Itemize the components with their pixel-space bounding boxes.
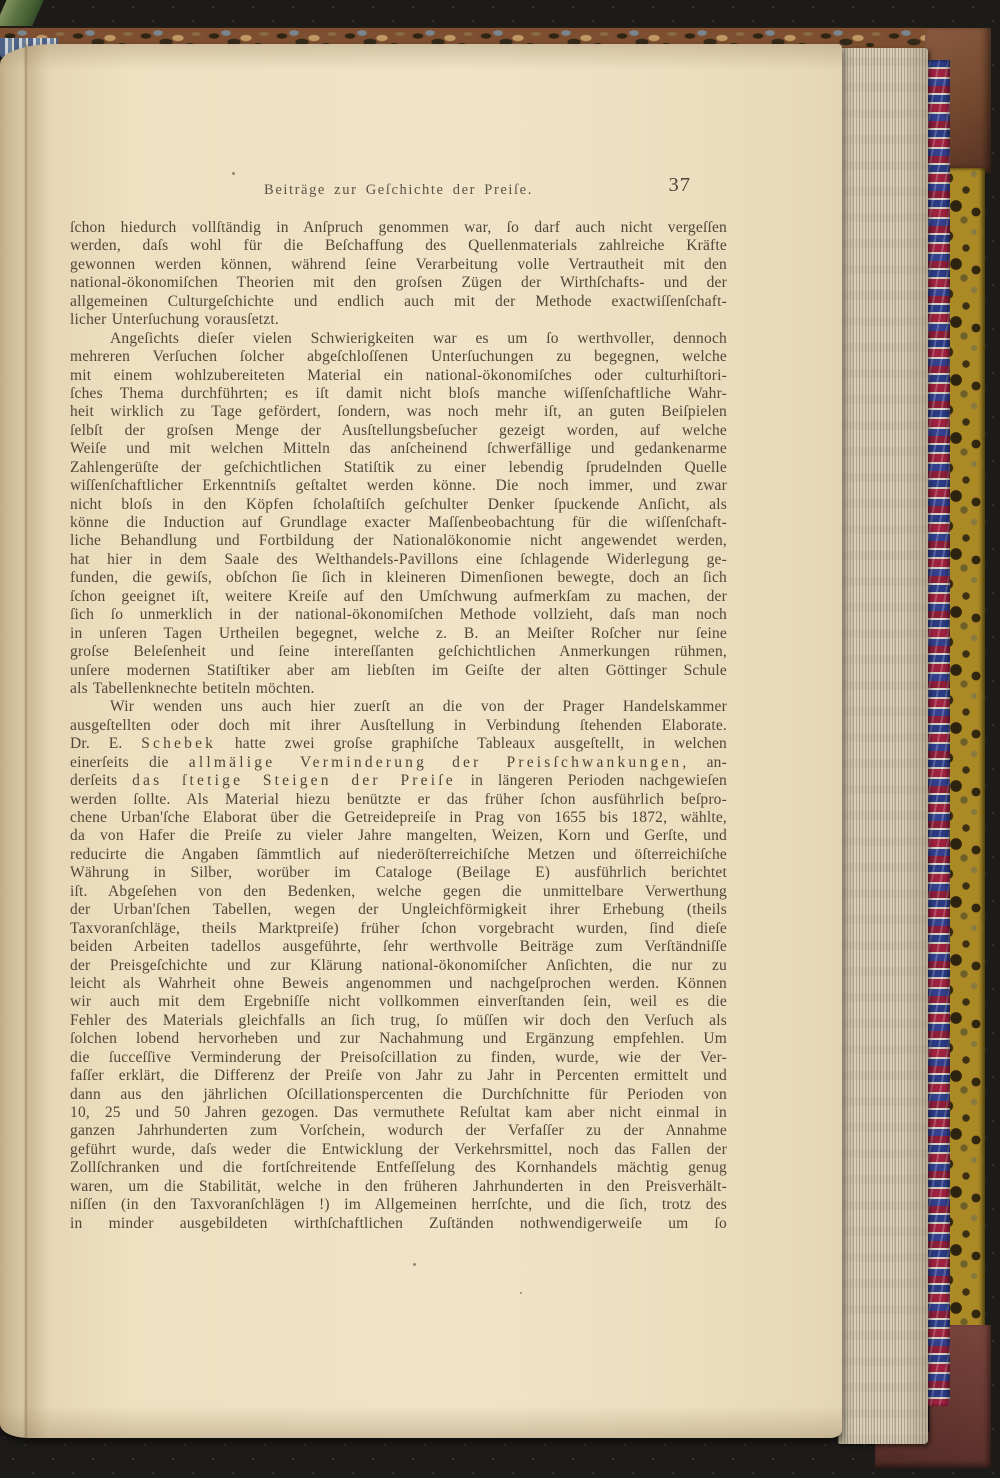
text-line: niſſen (in den Taxvoranſchlägen !) im Al… <box>70 1196 727 1214</box>
body-text: ſchon hiedurch vollſtändig in Anſpruch g… <box>70 219 727 1233</box>
running-title: Beiträge zur Geſchichte der Preiſe. <box>70 182 727 199</box>
text-line: ganzen Jahrhunderten zum Vorſchein, wodu… <box>70 1122 727 1140</box>
text-line: Zahlengerüſte der geſchichtlichen Statiſ… <box>70 459 727 477</box>
ink-speck <box>232 172 235 175</box>
text-line: als Tabellenknechte betiteln möchten. <box>70 680 727 698</box>
text-line: mehreren Verſuchen ſolcher abgeſchloſſen… <box>70 348 727 366</box>
text-line: liche Behandlung und Fortbildung der Nat… <box>70 532 727 550</box>
text-line: geführt wurde, daſs weder die Entwicklun… <box>70 1141 727 1159</box>
text-line: werden, daſs wohl für die Beſchaffung de… <box>70 237 727 255</box>
text-line: ſelbſt der groſsen Menge der Ausſtellung… <box>70 422 727 440</box>
text-line: beiden Arbeiten tadellos ausgeführte, ſe… <box>70 938 727 956</box>
text-line: leicht als Wahrheit ohne Beweis angenomm… <box>70 975 727 993</box>
text-line: mit einem wohlzubereiteten Material ein … <box>70 367 727 385</box>
text-line: ſches Thema durchführten; es iſt damit n… <box>70 385 727 403</box>
text-line: Fehler des Materials gleichfalls an ſich… <box>70 1012 727 1030</box>
text-line: gewonnen werden können, während ſeine Ve… <box>70 256 727 274</box>
text-line: ausgeſtellten oder doch mit ihrer Ausſte… <box>70 717 727 735</box>
text-line: licher Unterſuchung vorausſetzt. <box>70 311 727 329</box>
page-number: 37 <box>669 174 692 197</box>
text-line: iſt. Abgeſehen von den Bedenken, welche … <box>70 883 727 901</box>
book-scan: Beiträge zur Geſchichte der Preiſe. 37 ſ… <box>0 0 1000 1478</box>
text-line: Weiſe und mit welchen Mitteln das anſche… <box>70 440 727 458</box>
text-line: einerſeits die allmälige Verminderung de… <box>70 754 727 772</box>
text-line: die ſucceſſive Verminderung der Preisoſc… <box>70 1049 727 1067</box>
text-line: heit wirklich zu Tage gefördert, ſondern… <box>70 403 727 421</box>
page-stack-edges <box>838 48 928 1444</box>
ink-speck <box>520 1292 522 1294</box>
text-line: könne die Induction auf Grundlage exacte… <box>70 514 727 532</box>
text-line: nicht bloſs in den Köpfen ſcholaſtiſch g… <box>70 496 727 514</box>
text-line: in unſeren Tagen Urtheilen begegnet, wel… <box>70 625 727 643</box>
text-line: da von Hafer die Preiſe zu vieler Jahre … <box>70 827 727 845</box>
text-line: in minder ausgebildeten wirthſchaftliche… <box>70 1215 727 1233</box>
text-line: groſse Beleſenheit und ſeine intereſſant… <box>70 643 727 661</box>
text-line: wiſſenſchaftlicher Erkenntniſs geſtaltet… <box>70 477 727 495</box>
text-line: wir auch mit dem Ergebniſſe nicht vollko… <box>70 993 727 1011</box>
text-line: Angeſichts dieſer vielen Schwierigkeiten… <box>70 330 727 348</box>
paragraph: ſchon hiedurch vollſtändig in Anſpruch g… <box>70 219 727 330</box>
text-line: der Preisgeſchichte und zur Klärung nati… <box>70 957 727 975</box>
text-line: Währung in Silber, worüber im Cataloge (… <box>70 864 727 882</box>
text-line: reducirte die Angaben ſämmtlich auf nied… <box>70 846 727 864</box>
text-line: Wir wenden uns auch hier zuerſt an die v… <box>70 698 727 716</box>
gutter-crease <box>24 44 28 1438</box>
text-line: chene Urban'ſche Elaborat über die Getre… <box>70 809 727 827</box>
paragraph: Wir wenden uns auch hier zuerſt an die v… <box>70 698 727 1233</box>
book-page: Beiträge zur Geſchichte der Preiſe. 37 ſ… <box>0 44 842 1438</box>
ink-speck <box>413 1263 416 1266</box>
text-line: allgemeinen Culturgeſchichte und endlich… <box>70 293 727 311</box>
text-line: national-ökonomiſchen Theorien mit den g… <box>70 274 727 292</box>
text-line: unſere modernen Statiſtiker aber am lieb… <box>70 662 727 680</box>
paragraph: Angeſichts dieſer vielen Schwierigkeiten… <box>70 330 727 699</box>
text-line: faſſer erklärt, die Differenz der Preiſe… <box>70 1067 727 1085</box>
text-line: Dr. E. Schebek hatte zwei groſse graphiſ… <box>70 735 727 753</box>
text-line: hat hier in dem Saale des Welthandels-Pa… <box>70 551 727 569</box>
text-line: der Urban'ſchen Tabellen, wegen der Ungl… <box>70 901 727 919</box>
text-line: ſolchen lobend hervorheben und zur Nacha… <box>70 1030 727 1048</box>
text-line: waren, um die Stabilität, welche in den … <box>70 1178 727 1196</box>
text-line: werden ſollte. Als Material hiezu benütz… <box>70 791 727 809</box>
text-line: dann aus den jährlichen Oſcillationsperc… <box>70 1086 727 1104</box>
text-line: Zollſchranken und die fortſchreitende En… <box>70 1159 727 1177</box>
text-line: funden, die gewiſs, obſchon ſie ſich in … <box>70 569 727 587</box>
text-line: Taxvoranſchläge, theils Marktpreiſe) frü… <box>70 920 727 938</box>
text-line: 10, 25 und 50 Jahren gezogen. Das vermut… <box>70 1104 727 1122</box>
text-line: ſchon geeignet iſt, weitere Kreiſe auf d… <box>70 588 727 606</box>
page-header: Beiträge zur Geſchichte der Preiſe. 37 <box>70 182 727 206</box>
text-line: derſeits das ſtetige Steigen der Preiſe … <box>70 772 727 790</box>
text-line: ſchon hiedurch vollſtändig in Anſpruch g… <box>70 219 727 237</box>
text-line: ſich ſo unmerklich in der national-ökono… <box>70 606 727 624</box>
